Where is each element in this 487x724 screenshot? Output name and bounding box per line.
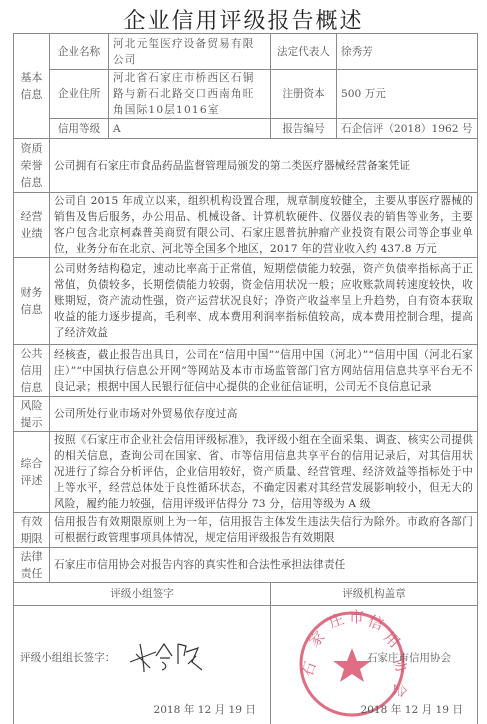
team-signature-header: 评级小组签字 [14, 583, 271, 606]
qualification-text: 公司拥有石家庄市食品药品监督管理局颁发的第二类医疗器械经营备案凭证 [50, 139, 478, 193]
category-performance: 经营业绩 [14, 193, 50, 258]
category-basic-info: 基本信息 [14, 34, 50, 139]
section-row-performance: 经营业绩 公司自 2015 年成立以来，组织机构设置合理，规章制度较健全，主要从… [14, 193, 478, 258]
category-label: 基本信息 [20, 69, 44, 103]
category-liability: 法律责任 [14, 548, 50, 583]
company-name-row: 基本信息 企业名称 河北元玺医疗设备贸易有限公司 法定代表人 徐秀芳 [14, 34, 478, 70]
category-summary: 综合评述 [14, 432, 50, 513]
risk-text: 公司所处行业市场对外贸易依存度过高 [50, 397, 478, 432]
company-name-value: 河北元玺医疗设备贸易有限公司 [109, 34, 271, 70]
handwritten-signature-icon [126, 634, 206, 674]
validity-text: 信用报告有效期限原则上为一年，信用报告主体发生违法失信行为除外。市政府各部门可根… [50, 513, 478, 548]
category-label: 财务信息 [20, 284, 44, 318]
public-credit-text: 经核查，截止报告出具日，公司在“信用中国”“信用中国（河北）”“信用中国（河北石… [50, 345, 478, 397]
category-qualification: 资质荣誉信息 [14, 139, 50, 193]
category-label: 风险提示 [20, 397, 44, 431]
grade-label: 信用等级 [50, 119, 109, 139]
org-seal-cell: 石 家 庄 市 信 用 协 会 石家庄市信用协会 2018 年 12 月 19 … [271, 606, 478, 724]
team-signature-cell: 评级小组组长签字： 2018 年 12 月 19 日 [14, 606, 271, 724]
credit-report-table: 基本信息 企业名称 河北元玺医疗设备贸易有限公司 法定代表人 徐秀芳 企业住所 … [13, 33, 478, 724]
page-title: 企业信用评级报告概述 [0, 4, 487, 35]
section-row-public-credit: 公共信用信息 经核查，截止报告出具日，公司在“信用中国”“信用中国（河北）”“信… [14, 345, 478, 397]
capital-value: 500 万元 [337, 70, 478, 119]
org-name-text: 石家庄市信用协会 [367, 650, 451, 666]
signature-header-row: 评级小组签字 评级机构盖章 [14, 583, 478, 606]
svg-text:市: 市 [349, 608, 364, 626]
address-row: 企业住所 河北省石家庄市桥西区石铜路与新石北路交口西南角旺角国际10层1016室… [14, 70, 478, 119]
category-finance: 财务信息 [14, 258, 50, 345]
address-value: 河北省石家庄市桥西区石铜路与新石北路交口西南角旺角国际10层1016室 [109, 70, 271, 119]
report-no-label: 报告编号 [271, 119, 337, 139]
category-public-credit: 公共信用信息 [14, 345, 50, 397]
category-risk: 风险提示 [14, 397, 50, 432]
category-label: 经营业绩 [20, 208, 44, 242]
category-validity: 有效期限 [14, 513, 50, 548]
grade-value: A [109, 119, 271, 139]
section-row-finance: 财务信息 公司财务结构稳定，速动比率高于正常值，短期偿债能力较强，资产负债率指标… [14, 258, 478, 345]
team-signature-date: 2018 年 12 月 19 日 [153, 702, 256, 718]
report-no-value: 石企信评（2018）1962 号 [337, 119, 478, 139]
capital-label: 注册资本 [271, 70, 337, 119]
leader-signature-label: 评级小组组长签字： [20, 650, 115, 666]
finance-text: 公司财务结构稳定，速动比率高于正常值，短期偿债能力较强，资产负债率指标高于正常值… [50, 258, 478, 345]
section-row-qualification: 资质荣誉信息 公司拥有石家庄市食品药品监督管理局颁发的第二类医疗器械经营备案凭证 [14, 139, 478, 193]
svg-text:会: 会 [390, 682, 407, 699]
legal-rep-label: 法定代表人 [271, 34, 337, 70]
category-label: 综合评述 [20, 455, 44, 489]
liability-text: 石家庄市信用协会对报告内容的真实性和合法性承担法律责任 [50, 548, 478, 583]
org-seal-date: 2018 年 12 月 19 日 [360, 702, 463, 718]
section-row-liability: 法律责任 石家庄市信用协会对报告内容的真实性和合法性承担法律责任 [14, 548, 478, 583]
summary-text: 按照《石家庄市企业社会信用评级标准》，我评级小组在全面采集、调查、核实公司提供的… [50, 432, 478, 513]
org-seal-header: 评级机构盖章 [271, 583, 478, 606]
category-label: 资质荣誉信息 [20, 140, 44, 191]
section-row-validity: 有效期限 信用报告有效期限原则上为一年，信用报告主体发生违法失信行为除外。市政府… [14, 513, 478, 548]
category-label: 有效期限 [20, 513, 44, 547]
category-label: 公共信用信息 [20, 345, 44, 396]
section-row-risk: 风险提示 公司所处行业市场对外贸易依存度过高 [14, 397, 478, 432]
company-name-label: 企业名称 [50, 34, 109, 70]
address-label: 企业住所 [50, 70, 109, 119]
category-label: 法律责任 [20, 548, 44, 582]
grade-row: 信用等级 A 报告编号 石企信评（2018）1962 号 [14, 119, 478, 139]
legal-rep-value: 徐秀芳 [337, 34, 478, 70]
performance-text: 公司自 2015 年成立以来，组织机构设置合理，规章制度较健全，主要从事医疗器械… [50, 193, 478, 258]
section-row-summary: 综合评述 按照《石家庄市企业社会信用评级标准》，我评级小组在全面采集、调查、核实… [14, 432, 478, 513]
svg-text:家: 家 [305, 627, 328, 650]
signature-body-row: 评级小组组长签字： 2018 年 12 月 19 日 石 家 庄 市 信 用 协… [14, 606, 478, 724]
